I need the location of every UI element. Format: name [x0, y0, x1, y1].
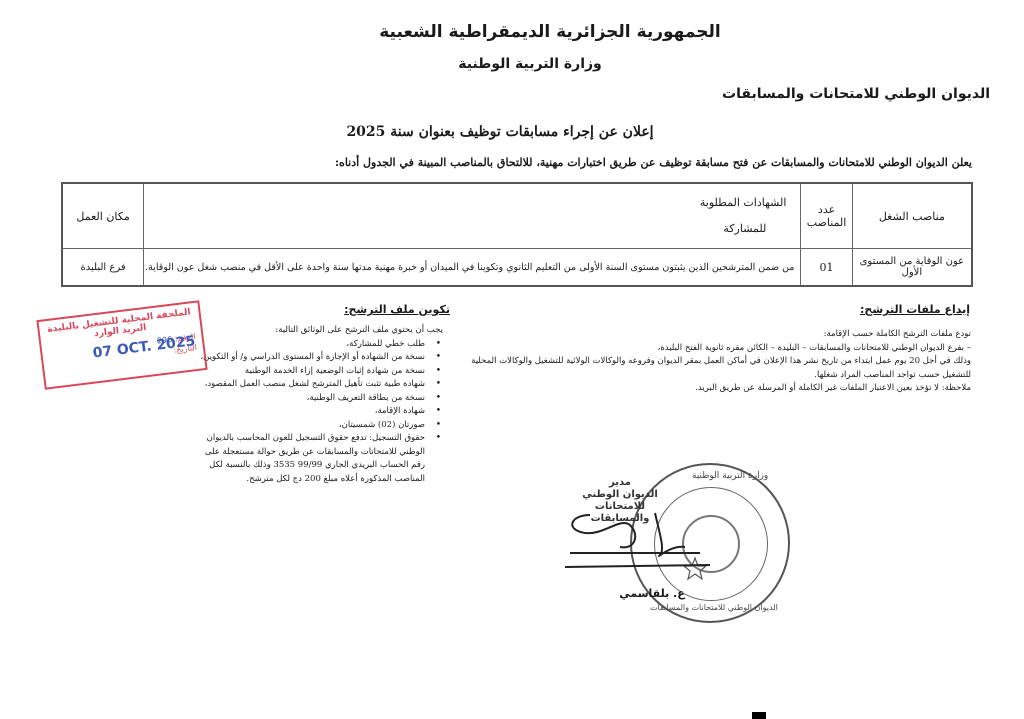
file-composition-title: تكوين ملف الترشح:	[300, 303, 450, 316]
deposit-line: تودع ملفات الترشح الكاملة حسب الإقامة:	[515, 328, 971, 342]
deposit-body: تودع ملفات الترشح الكاملة حسب الإقامة: –…	[515, 328, 971, 396]
header-certificates: الشهادات المطلوبة للمشاركة	[144, 183, 801, 249]
header-count-line1: عدد	[802, 203, 850, 216]
document-item: نسخة من شهادة إثبات الوضعية إزاء الخدمة …	[198, 365, 443, 379]
document-item: حقوق التسجيل: تدفع حقوق التسجيل للعون ال…	[198, 432, 443, 486]
handwritten-signature-icon	[560, 505, 740, 575]
header-count: عدد المناصب	[801, 183, 852, 249]
header-cert-line2: للمشاركة	[145, 216, 786, 242]
cell-certificates: من ضمن المترشحين الذين يثبتون مستوى السن…	[144, 249, 801, 287]
announcement-title: إعلان عن إجراء مسابقات توظيف بعنوان سنة …	[300, 124, 700, 140]
document-item: نسخة من الشهادة أو الإجازة أو المستوى ال…	[198, 351, 443, 365]
announcement-intro: يعلن الديوان الوطني للامتحانات والمسابقا…	[150, 156, 972, 169]
header-post: مناصب الشغل	[852, 183, 972, 249]
document-item: شهادة طبية تثبت تأهيل المترشح لشغل منصب …	[198, 378, 443, 392]
header-place: مكان العمل	[62, 183, 144, 249]
document-item: شهادة الإقامة،	[198, 405, 443, 419]
document-item: نسخة من بطاقة التعريف الوطنية،	[198, 392, 443, 406]
reception-stamp: الملحقة المحلية للتشغيل بالبليدة البريد …	[36, 300, 207, 389]
cell-place: فرع البليدة	[62, 249, 144, 287]
deposit-title: إيداع ملفات الترشح:	[820, 303, 970, 316]
director-title-line: الديوان الوطني	[570, 489, 670, 501]
documents-list: طلب خطي للمشاركة، نسخة من الشهادة أو الإ…	[198, 338, 443, 487]
seal-bottom-text: الديوان الوطني للامتحانات والمسابقات	[650, 603, 778, 612]
deposit-line: للتشغيل حسب تواجد المناصب المراد شغلها.	[515, 369, 971, 383]
cell-post: عون الوقاية من المستوى الأول	[852, 249, 972, 287]
ministry-heading: وزارة التربية الوطنية	[400, 56, 660, 72]
document-item: صورتان (02) شمسيتان،	[198, 419, 443, 433]
scan-mark	[752, 712, 766, 719]
header-count-line2: المناصب	[802, 216, 850, 229]
office-heading: الديوان الوطني للامتحانات والمسابقات	[690, 86, 990, 102]
document-item: طلب خطي للمشاركة،	[198, 338, 443, 352]
signer-name: ع. بلقاسمي	[612, 587, 692, 600]
deposit-note: ملاحظة: لا تؤخذ بعين الاعتبار الملفات غي…	[515, 382, 971, 396]
jobs-table: مناصب الشغل عدد المناصب الشهادات المطلوب…	[61, 182, 973, 287]
seal-outer-text: وزارة التربية الوطنية	[692, 471, 768, 481]
file-composition-body: يجب أن يحتوي ملف الترشح على الوثائق التا…	[198, 324, 443, 486]
cell-count: 01	[801, 249, 852, 287]
table-header-row: مناصب الشغل عدد المناصب الشهادات المطلوب…	[62, 183, 972, 249]
republic-heading: الجمهورية الجزائرية الديمقراطية الشعبية	[340, 22, 760, 42]
header-cert-line1: الشهادات المطلوبة	[145, 190, 786, 216]
deposit-line: – بفرع الديوان الوطني للامتحانات والمساب…	[515, 342, 971, 356]
deposit-line: وذلك في أجل 20 يوم عمل ابتداء من تاريخ ن…	[515, 355, 971, 369]
file-composition-intro: يجب أن يحتوي ملف الترشح على الوثائق التا…	[198, 324, 443, 338]
table-row: عون الوقاية من المستوى الأول 01 من ضمن ا…	[62, 249, 972, 287]
director-title-line: مدير	[570, 477, 670, 489]
